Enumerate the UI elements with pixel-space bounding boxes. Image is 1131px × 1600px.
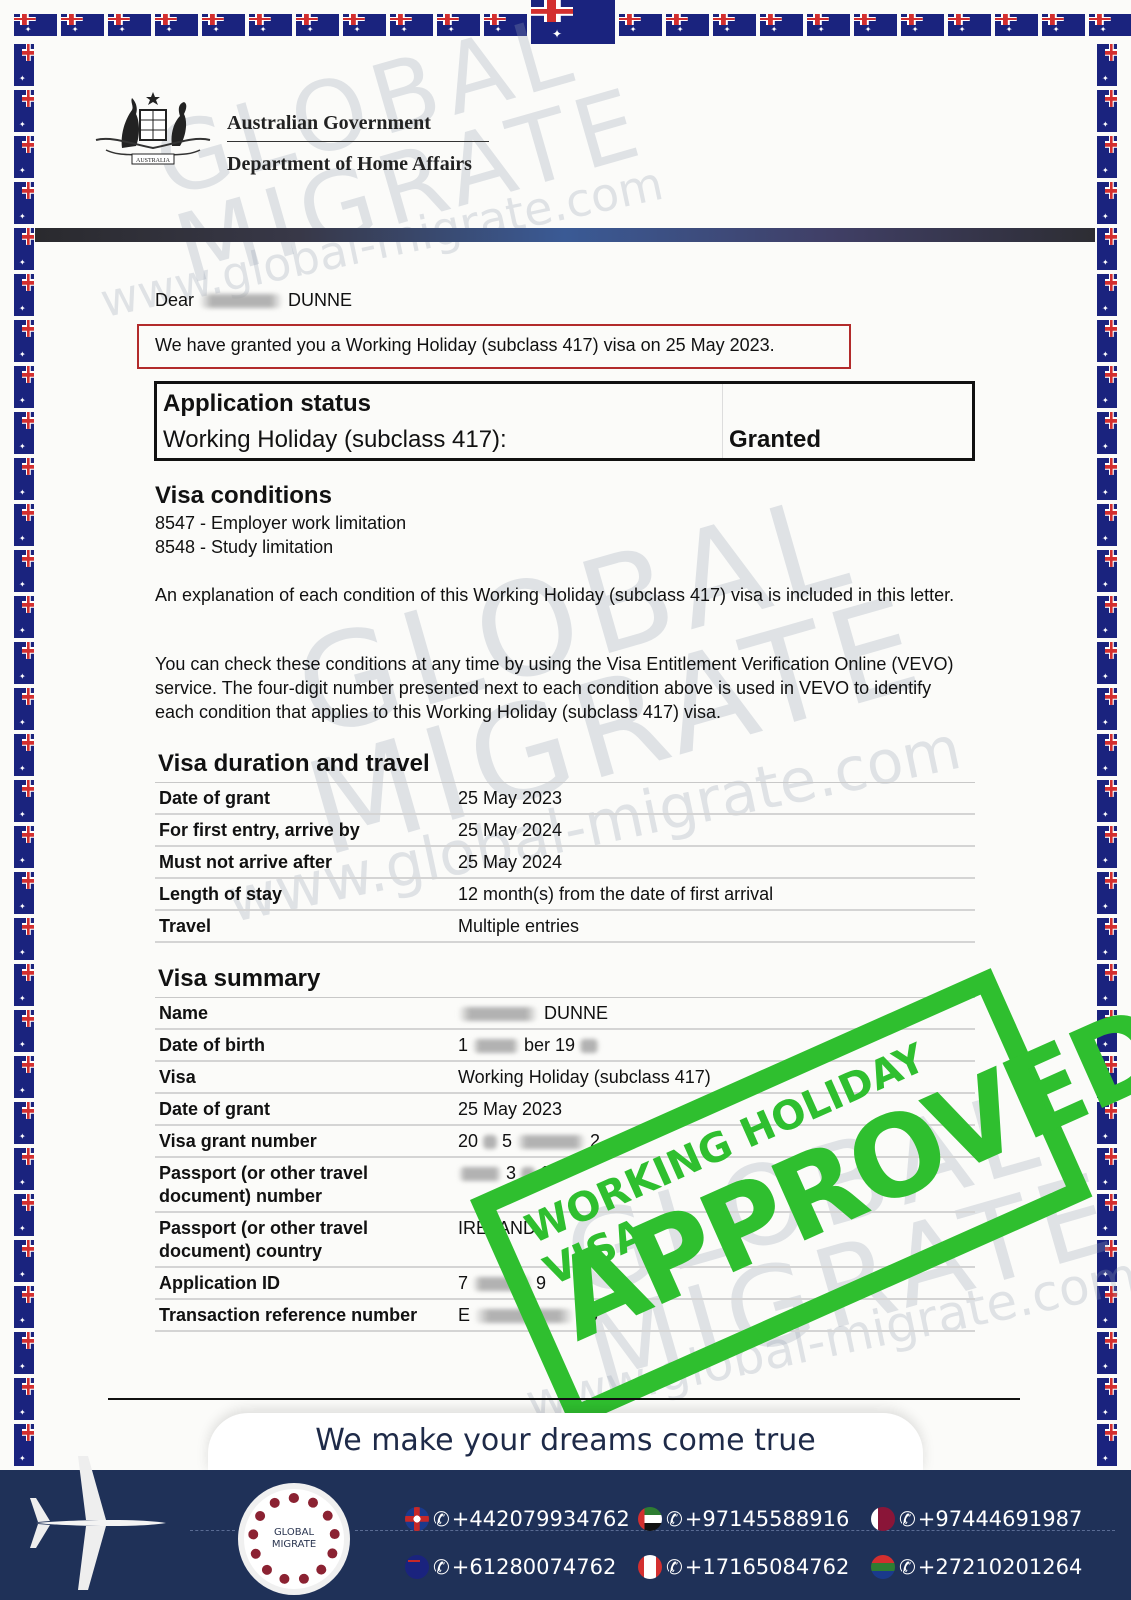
- australia-flag-icon: [1097, 642, 1117, 684]
- australia-flag-icon: [14, 504, 34, 546]
- table-row: NameDUNNE: [155, 998, 975, 1030]
- status-divider: [722, 384, 723, 458]
- australia-flag-icon: [1089, 14, 1131, 36]
- logo-text: MIGRATE: [244, 1539, 344, 1550]
- australia-flag-icon: [901, 14, 944, 36]
- phone-icon: ✆: [899, 1507, 916, 1531]
- australia-flag-icon: [14, 780, 34, 822]
- phone-icon: ✆: [899, 1555, 916, 1579]
- table-row: Must not arrive after25 May 2024: [155, 847, 975, 879]
- row-value: 12 month(s) from the date of first arriv…: [458, 879, 975, 909]
- row-label: Must not arrive after: [155, 847, 458, 877]
- phone-number[interactable]: +17165084762: [685, 1555, 850, 1579]
- salutation: Dear DUNNE: [155, 290, 352, 311]
- flag-border-left: [14, 44, 34, 1464]
- australia-flag-icon: [202, 14, 245, 36]
- slogan: We make your dreams come true: [208, 1413, 923, 1473]
- australia-flag-icon: [390, 14, 433, 36]
- australia-flag-icon: [14, 228, 34, 270]
- row-label: Date of grant: [155, 1094, 458, 1124]
- australia-flag-icon: [14, 1148, 34, 1190]
- row-value: 25 May 2024: [458, 815, 975, 845]
- phone-contact[interactable]: ✆+97444691987: [871, 1507, 1104, 1531]
- australia-flag-icon: [807, 14, 850, 36]
- australia-flag-icon: [760, 14, 803, 36]
- phone-icon: ✆: [433, 1507, 450, 1531]
- australia-flag-icon: [14, 550, 34, 592]
- phone-contact[interactable]: ✆+97145588916: [638, 1507, 871, 1531]
- australia-flag-icon: [1097, 872, 1117, 914]
- australia-flag-icon: [854, 14, 897, 36]
- australia-flag-icon: [1097, 274, 1117, 316]
- australia-flag-icon: [1097, 1424, 1117, 1466]
- status-badge: Granted: [729, 426, 821, 454]
- australia-flag-icon: [1097, 1286, 1117, 1328]
- south-africa-flag-icon: [871, 1555, 895, 1579]
- redacted-text: [472, 1039, 520, 1053]
- phone-contact[interactable]: ✆+27210201264: [871, 1555, 1104, 1579]
- australia-flag-icon: [249, 14, 292, 36]
- application-status-visa: Working Holiday (subclass 417):: [163, 426, 507, 454]
- qatar-flag-icon: [871, 1507, 895, 1531]
- australia-flag-icon: [437, 14, 480, 36]
- australia-flag-icon: [14, 734, 34, 776]
- row-label: Length of stay: [155, 879, 458, 909]
- australia-flag-icon: [948, 14, 991, 36]
- visa-conditions-title: Visa conditions: [155, 482, 332, 510]
- australia-flag-icon: [1097, 1240, 1117, 1282]
- australia-flag-icon: [1097, 550, 1117, 592]
- row-label: Passport (or other travel document) numb…: [155, 1158, 458, 1211]
- watermark-brand: MIGRATE: [164, 66, 658, 306]
- phone-number[interactable]: +61280074762: [452, 1555, 617, 1579]
- australia-flag-icon: [14, 366, 34, 408]
- phone-icon: ✆: [433, 1555, 450, 1579]
- row-label: Date of grant: [155, 783, 458, 813]
- australia-flag-icon: [61, 14, 104, 36]
- australia-flag-icon: [14, 90, 34, 132]
- row-label: Visa: [155, 1062, 458, 1092]
- australia-flag-icon: [1097, 826, 1117, 868]
- australia-flag-icon: [14, 872, 34, 914]
- australia-flag-icon: [14, 642, 34, 684]
- australia-flag-icon: [14, 1194, 34, 1236]
- australia-flag-icon: [666, 14, 709, 36]
- row-label: Visa grant number: [155, 1126, 458, 1156]
- visa-duration-table: Date of grant25 May 2023For first entry,…: [155, 782, 975, 943]
- global-migrate-logo: GLOBAL MIGRATE: [238, 1483, 350, 1595]
- australia-flag-icon: [14, 320, 34, 362]
- australia-flag-icon: [14, 182, 34, 224]
- australia-flag-icon: [1097, 596, 1117, 638]
- australia-flag-icon: [14, 596, 34, 638]
- australia-flag-icon: [155, 14, 198, 36]
- redacted-given-name: [199, 294, 283, 308]
- redacted-text: [482, 1135, 498, 1149]
- australia-flag-icon: [1097, 688, 1117, 730]
- row-label: Date of birth: [155, 1030, 458, 1060]
- phone-number[interactable]: +97444691987: [918, 1507, 1083, 1531]
- department-name: Department of Home Affairs: [227, 153, 472, 176]
- conditions-explanation: An explanation of each condition of this…: [155, 583, 975, 607]
- redacted-text: [458, 1167, 502, 1181]
- redacted-text: [579, 1039, 599, 1053]
- svg-text:AUSTRALIA: AUSTRALIA: [136, 158, 171, 164]
- flag-border-right: [1097, 44, 1117, 1464]
- redacted-text: [516, 1135, 586, 1149]
- row-value: Multiple entries: [458, 911, 975, 941]
- condition-item: 8547 - Employer work limitation: [155, 511, 406, 535]
- header-bar: [35, 228, 1095, 242]
- redacted-given-name: [458, 1007, 538, 1021]
- uk-flag-icon: [405, 1507, 429, 1531]
- australia-flag-icon: [1097, 504, 1117, 546]
- table-row: Date of grant25 May 2023: [155, 783, 975, 815]
- australia-flag-icon: [14, 688, 34, 730]
- australia-flag-icon: [14, 964, 34, 1006]
- uae-flag-icon: [638, 1507, 662, 1531]
- row-value: 25 May 2024: [458, 847, 975, 877]
- condition-item: 8548 - Study limitation: [155, 535, 333, 559]
- australia-flag-icon: [14, 412, 34, 454]
- phone-icon: ✆: [666, 1555, 683, 1579]
- table-row: TravelMultiple entries: [155, 911, 975, 943]
- australia-flag-icon: [1097, 136, 1117, 178]
- phone-number[interactable]: +442079934762: [452, 1507, 630, 1531]
- australia-flag-icon: [1097, 458, 1117, 500]
- visa-summary-title: Visa summary: [158, 965, 320, 993]
- australia-flag-icon: [1097, 228, 1117, 270]
- row-label: Application ID: [155, 1268, 458, 1298]
- phone-contact[interactable]: ✆+61280074762: [405, 1555, 638, 1579]
- phone-contact[interactable]: ✆+442079934762: [405, 1507, 638, 1531]
- row-label: Name: [155, 998, 458, 1028]
- row-label: Travel: [155, 911, 458, 941]
- australia-flag-icon: [14, 458, 34, 500]
- australia-flag-icon: [619, 14, 662, 36]
- application-status-title: Application status: [163, 390, 371, 418]
- row-label: Passport (or other travel document) coun…: [155, 1213, 458, 1266]
- table-row: Length of stay12 month(s) from the date …: [155, 879, 975, 911]
- contact-phones: ✆+442079934762✆+97145588916✆+97444691987…: [405, 1495, 1105, 1591]
- vevo-explanation: You can check these conditions at any ti…: [155, 652, 975, 724]
- row-label: Transaction reference number: [155, 1300, 458, 1330]
- visa-duration-title: Visa duration and travel: [158, 750, 430, 778]
- australia-flag-icon: [14, 274, 34, 316]
- airplane-icon: [26, 1448, 176, 1598]
- australia-flag-icon: [14, 44, 34, 86]
- government-name: Australian Government: [227, 112, 431, 135]
- phone-icon: ✆: [666, 1507, 683, 1531]
- australia-flag-icon: [14, 1010, 34, 1052]
- australia-flag-icon: [343, 14, 386, 36]
- phone-number[interactable]: +97145588916: [685, 1507, 850, 1531]
- australia-flag-icon: [108, 14, 151, 36]
- row-label: For first entry, arrive by: [155, 815, 458, 845]
- australia-flag-icon: [1097, 734, 1117, 776]
- australia-flag-icon: [1097, 1194, 1117, 1236]
- australia-flag-icon: [14, 826, 34, 868]
- australia-flag-icon: [14, 1286, 34, 1328]
- header-divider: [227, 141, 489, 142]
- phone-number[interactable]: +27210201264: [918, 1555, 1083, 1579]
- australia-flag-icon: [484, 14, 527, 36]
- table-row: For first entry, arrive by25 May 2024: [155, 815, 975, 847]
- australia-flag-icon: [1097, 780, 1117, 822]
- row-value: 25 May 2023: [458, 783, 975, 813]
- australia-flag-icon: [1097, 44, 1117, 86]
- australia-flag-icon: [14, 1378, 34, 1420]
- australia-flag-icon: [1097, 1378, 1117, 1420]
- australia-flag-icon: [14, 918, 34, 960]
- footer-dash-line: [190, 1530, 235, 1531]
- australia-flag-icon: [1097, 1332, 1117, 1374]
- australia-flag-icon: [995, 14, 1038, 36]
- australia-flag-icon: [14, 14, 57, 36]
- australia-flag-icon: [14, 1102, 34, 1144]
- grant-notice: We have granted you a Working Holiday (s…: [137, 324, 851, 369]
- coat-of-arms-icon: AUSTRALIA: [92, 88, 214, 174]
- australia-flag-icon: [1097, 182, 1117, 224]
- australia-flag-icon: [1097, 90, 1117, 132]
- australia-flag-icon: [405, 1555, 429, 1579]
- flag-border-top: [14, 14, 1119, 38]
- australia-flag-icon: [14, 1240, 34, 1282]
- logo-text: GLOBAL: [244, 1527, 344, 1538]
- australia-flag-icon: [1097, 320, 1117, 362]
- australia-flag-icon: [1097, 366, 1117, 408]
- phone-contact[interactable]: ✆+17165084762: [638, 1555, 871, 1579]
- australia-flag-icon: [14, 1056, 34, 1098]
- australia-flag-icon: [296, 14, 339, 36]
- australia-flag-icon: [1097, 1148, 1117, 1190]
- australia-flag-icon: [531, 0, 615, 44]
- australia-flag-icon: [14, 1332, 34, 1374]
- canada-flag-icon: [638, 1555, 662, 1579]
- australia-flag-icon: [713, 14, 756, 36]
- footer-divider: [108, 1398, 1020, 1400]
- application-status-box: Application status Working Holiday (subc…: [154, 381, 975, 461]
- australia-flag-icon: [14, 136, 34, 178]
- australia-flag-icon: [1097, 918, 1117, 960]
- australia-flag-icon: [1097, 412, 1117, 454]
- australia-flag-icon: [1042, 14, 1085, 36]
